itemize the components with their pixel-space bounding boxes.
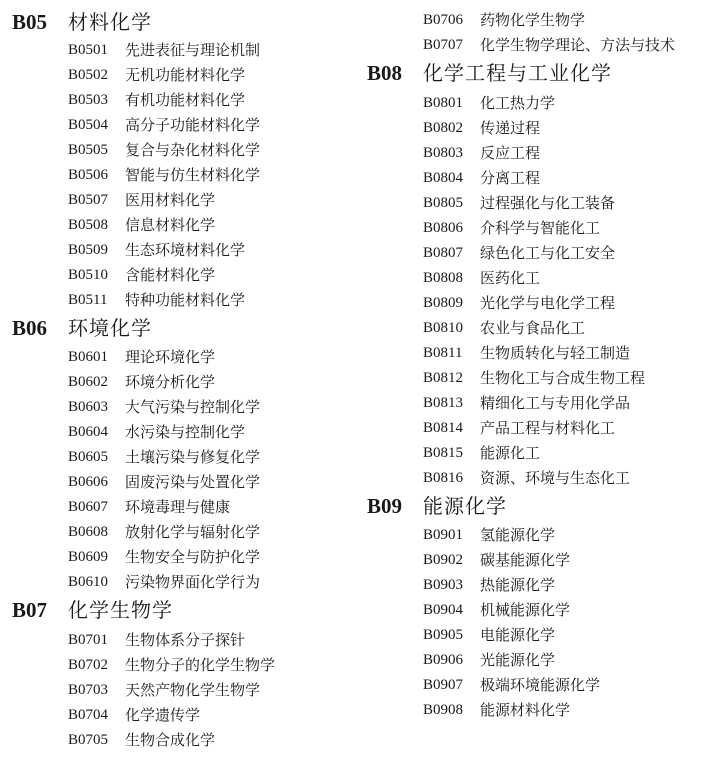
item-code: B0704 [68,703,108,728]
item-code: B0814 [423,416,463,441]
item-code: B0902 [423,548,463,573]
item-label: 光化学与电化学工程 [480,291,615,316]
section-title: 材料化学 [68,8,152,36]
item-label: 大气污染与控制化学 [125,395,260,420]
item-label: 传递过程 [480,116,540,141]
item-code: B0810 [423,316,463,341]
section-title: 化学生物学 [68,596,173,624]
item-label: 特种功能材料化学 [125,288,245,313]
item-label: 生物合成化学 [125,728,215,753]
item-label: 有机功能材料化学 [125,88,245,113]
item-label: 碳基能源化学 [480,548,570,573]
item-code: B0508 [68,213,108,238]
item-code: B0806 [423,216,463,241]
item-label: 化工热力学 [480,91,555,116]
item-code: B0610 [68,570,108,595]
item-code: B0501 [68,38,108,63]
item-label: 复合与杂化材料化学 [125,138,260,163]
item-label: 热能源化学 [480,573,555,598]
item-label: 精细化工与专用化学品 [480,391,630,416]
item-label: 医药化工 [480,266,540,291]
item-label: 极端环境能源化学 [480,673,600,698]
item-code: B0606 [68,470,108,495]
item-code: B0802 [423,116,463,141]
item-label: 生物质转化与轻工制造 [480,341,630,366]
item-code: B0705 [68,728,108,753]
item-code: B0815 [423,441,463,466]
item-code: B0807 [423,241,463,266]
item-label: 生物体系分子探针 [125,628,245,653]
item-code: B0701 [68,628,108,653]
item-code: B0608 [68,520,108,545]
item-label: 放射化学与辐射化学 [125,520,260,545]
item-code: B0702 [68,653,108,678]
item-code: B0503 [68,88,108,113]
item-label: 过程强化与化工装备 [480,191,615,216]
item-code: B0707 [423,33,463,58]
item-code: B0813 [423,391,463,416]
item-label: 污染物界面化学行为 [125,570,260,595]
item-code: B0607 [68,495,108,520]
item-label: 环境毒理与健康 [125,495,230,520]
item-label: 氢能源化学 [480,523,555,548]
item-code: B0803 [423,141,463,166]
section-code: B05 [12,8,47,36]
item-code: B0901 [423,523,463,548]
item-code: B0906 [423,648,463,673]
item-code: B0609 [68,545,108,570]
item-label: 反应工程 [480,141,540,166]
section-title: 环境化学 [68,314,152,342]
item-label: 能源化工 [480,441,540,466]
item-code: B0511 [68,288,107,313]
item-label: 光能源化学 [480,648,555,673]
item-label: 医用材料化学 [125,188,215,213]
item-label: 分离工程 [480,166,540,191]
item-code: B0510 [68,263,108,288]
item-code: B0904 [423,598,463,623]
item-code: B0601 [68,345,108,370]
item-code: B0603 [68,395,108,420]
item-label: 生物分子的化学生物学 [125,653,275,678]
item-code: B0502 [68,63,108,88]
item-code: B0905 [423,623,463,648]
item-label: 电能源化学 [480,623,555,648]
item-code: B0816 [423,466,463,491]
item-label: 能源材料化学 [480,698,570,723]
item-code: B0604 [68,420,108,445]
item-label: 理论环境化学 [125,345,215,370]
section-code: B08 [367,59,402,87]
item-code: B0801 [423,91,463,116]
item-label: 药物化学生物学 [480,8,585,33]
item-label: 绿色化工与化工安全 [480,241,615,266]
item-label: 先进表征与理论机制 [125,38,260,63]
item-label: 机械能源化学 [480,598,570,623]
item-label: 信息材料化学 [125,213,215,238]
item-label: 农业与食品化工 [480,316,585,341]
item-code: B0706 [423,8,463,33]
item-label: 资源、环境与生态化工 [480,466,630,491]
item-label: 生物化工与合成生物工程 [480,366,645,391]
item-label: 智能与仿生材料化学 [125,163,260,188]
item-label: 土壤污染与修复化学 [125,445,260,470]
item-code: B0506 [68,163,108,188]
item-label: 生物安全与防护化学 [125,545,260,570]
item-label: 含能材料化学 [125,263,215,288]
item-code: B0703 [68,678,108,703]
item-label: 天然产物化学生物学 [125,678,260,703]
item-code: B0811 [423,341,462,366]
item-code: B0602 [68,370,108,395]
item-code: B0509 [68,238,108,263]
item-label: 介科学与智能化工 [480,216,600,241]
item-label: 化学生物学理论、方法与技术 [480,33,675,58]
item-label: 固废污染与处置化学 [125,470,260,495]
section-code: B07 [12,596,47,624]
item-code: B0505 [68,138,108,163]
item-code: B0605 [68,445,108,470]
item-label: 化学遗传学 [125,703,200,728]
item-code: B0504 [68,113,108,138]
item-code: B0809 [423,291,463,316]
item-label: 环境分析化学 [125,370,215,395]
item-code: B0907 [423,673,463,698]
item-code: B0908 [423,698,463,723]
item-label: 水污染与控制化学 [125,420,245,445]
section-title: 化学工程与工业化学 [423,59,612,87]
section-title: 能源化学 [423,492,507,520]
item-label: 产品工程与材料化工 [480,416,615,441]
item-code: B0805 [423,191,463,216]
item-code: B0804 [423,166,463,191]
item-code: B0812 [423,366,463,391]
item-code: B0507 [68,188,108,213]
section-code: B06 [12,314,47,342]
item-code: B0903 [423,573,463,598]
item-label: 无机功能材料化学 [125,63,245,88]
item-code: B0808 [423,266,463,291]
item-label: 高分子功能材料化学 [125,113,260,138]
section-code: B09 [367,492,402,520]
item-label: 生态环境材料化学 [125,238,245,263]
